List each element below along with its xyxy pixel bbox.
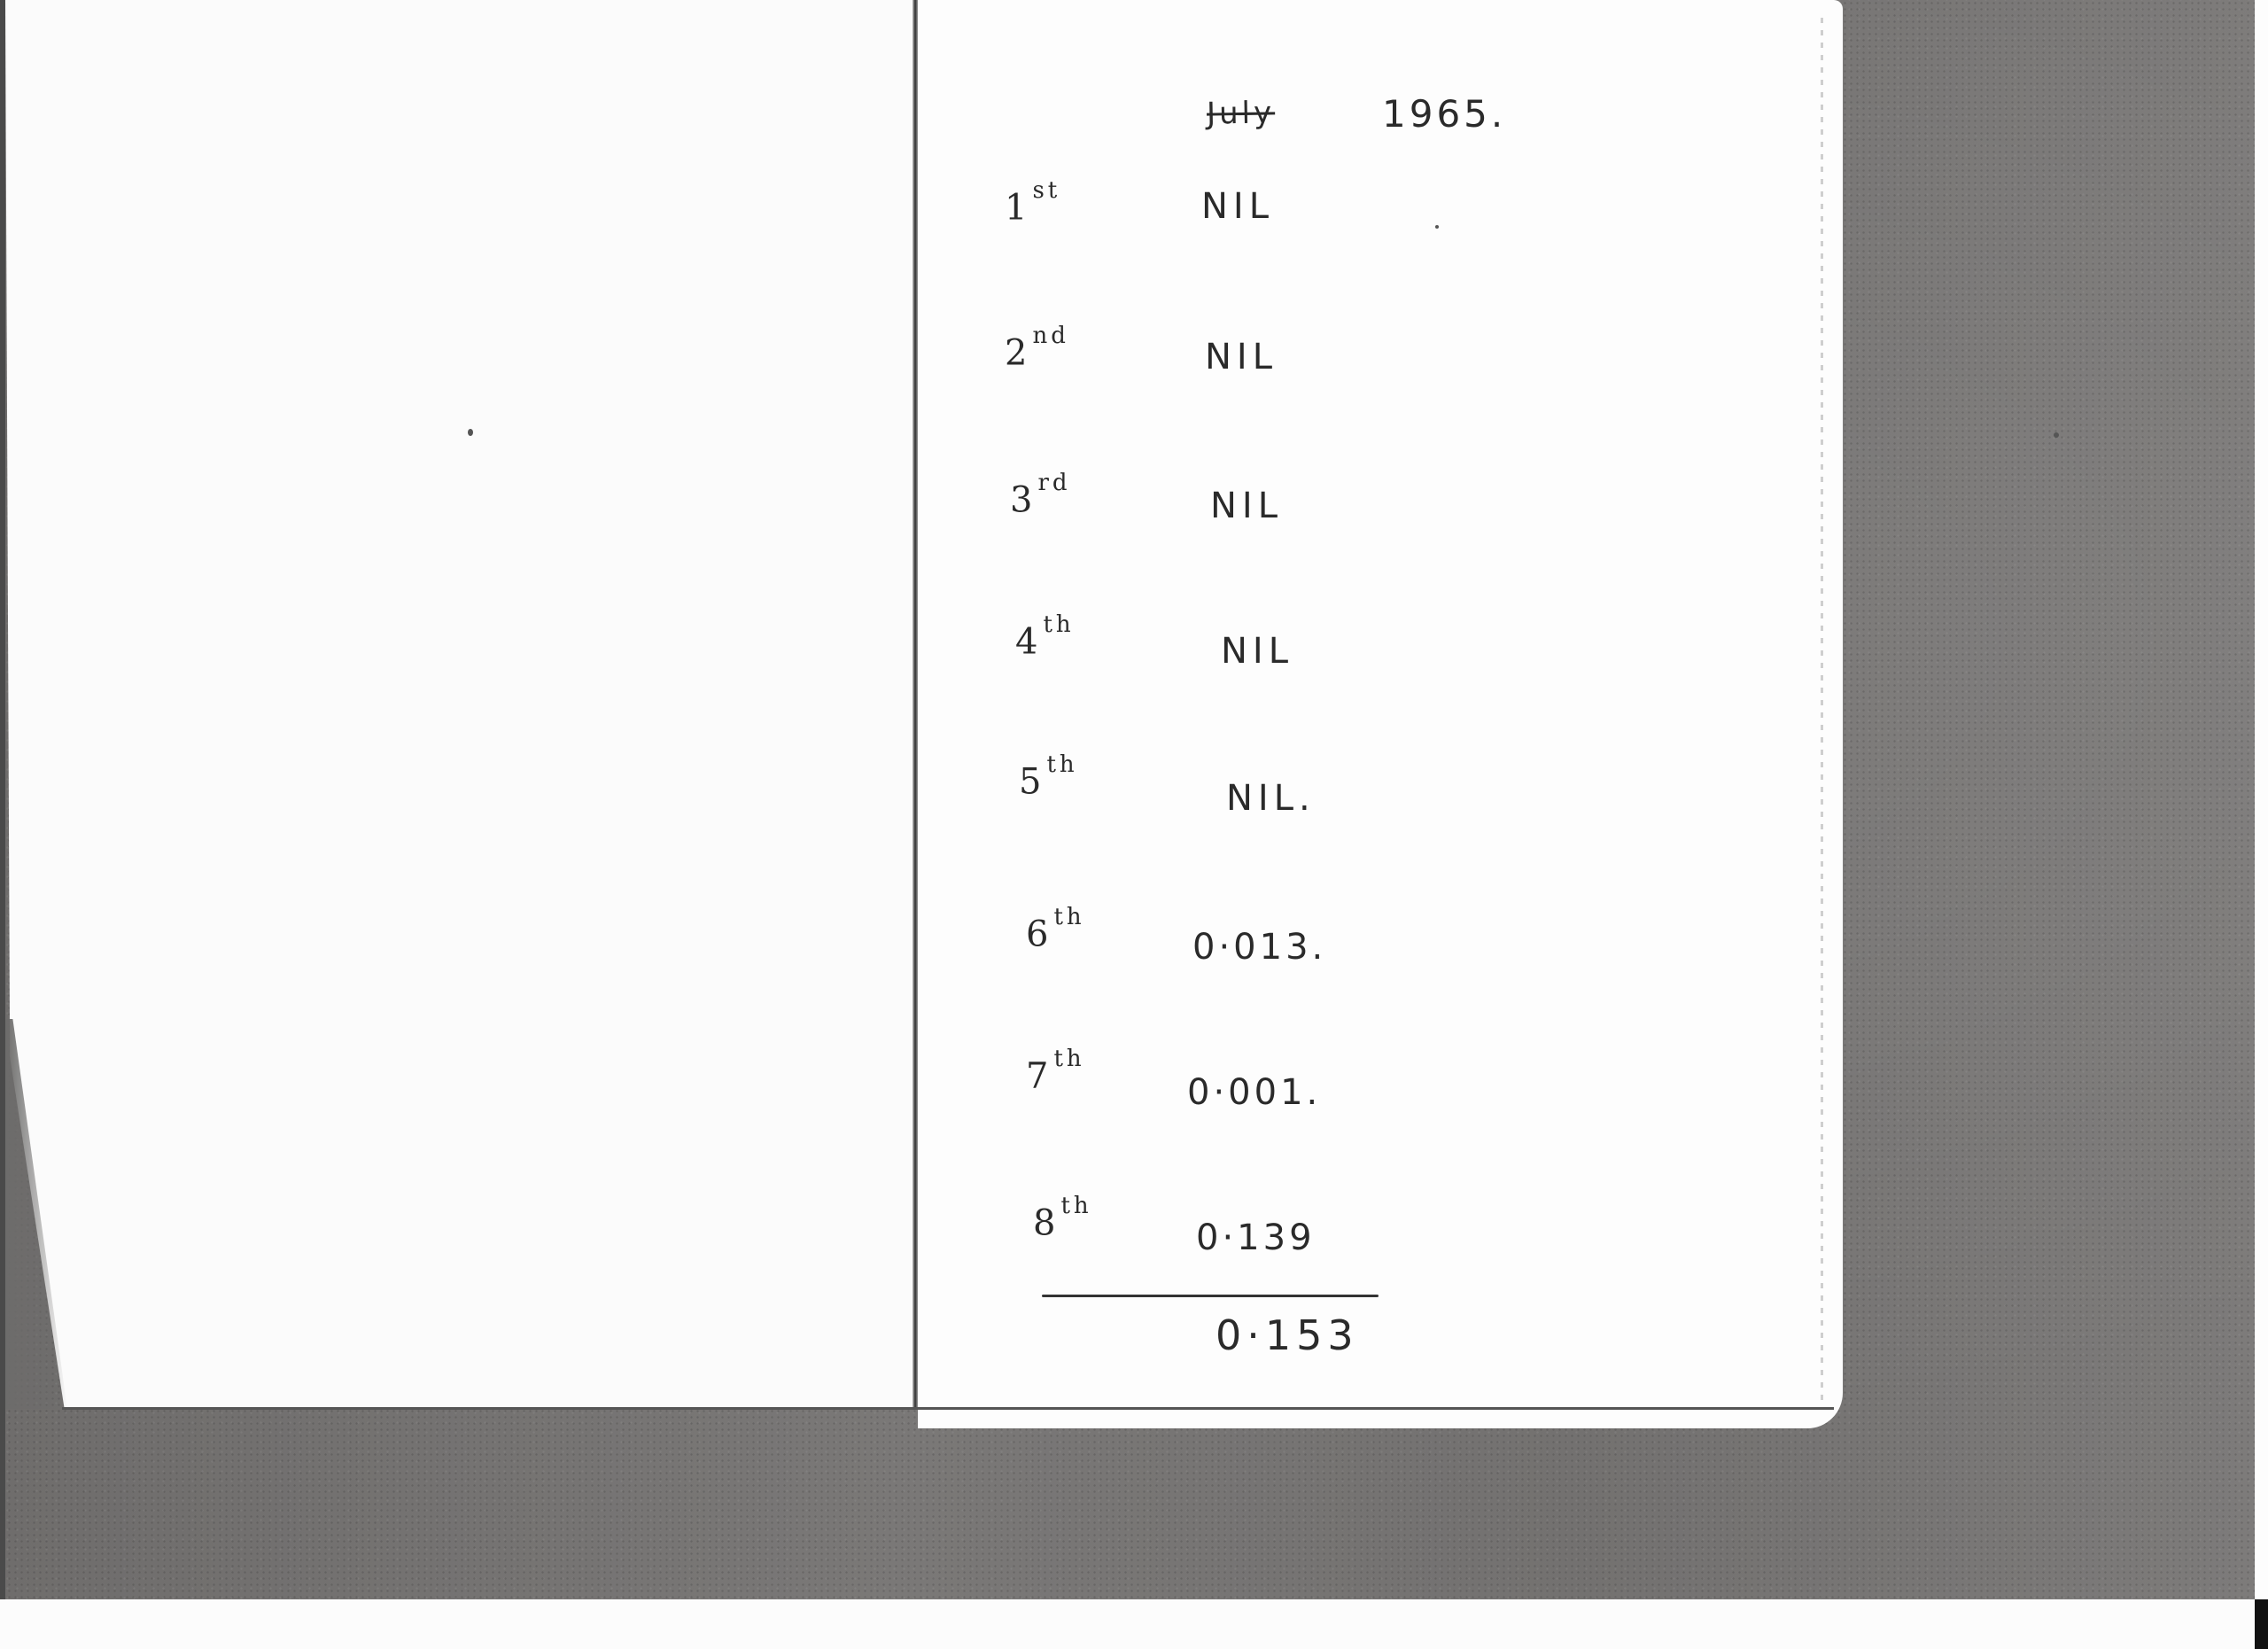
entry-value: NIL	[1221, 631, 1293, 672]
entry-value: NIL.	[1226, 778, 1316, 819]
scanned-image: July 1965. 1st NIL 2nd NIL 3rd NIL 4th N…	[0, 0, 2268, 1649]
entry-value: 0·001.	[1187, 1072, 1321, 1113]
entry-value: NIL	[1210, 486, 1283, 526]
paper-speck	[468, 429, 473, 436]
entry-value: 0·013.	[1192, 927, 1326, 968]
right-page-edge	[1821, 18, 1823, 1400]
page-bottom-edge	[62, 1407, 1834, 1410]
entry-day: 6th	[1026, 913, 1085, 954]
entry-value: NIL	[1201, 186, 1274, 227]
entry-day: 4th	[1015, 620, 1075, 662]
left-page-blank	[5, 0, 914, 1409]
entry-value: NIL	[1205, 337, 1278, 377]
entry-day: 3rd	[1010, 478, 1071, 520]
header-year: 1965.	[1382, 92, 1506, 136]
paper-speck	[2054, 432, 2059, 438]
paper-speck	[1435, 225, 1439, 229]
corner-edge-mark	[2255, 1599, 2268, 1649]
entry-day: 7th	[1026, 1054, 1085, 1096]
left-scan-border	[0, 0, 5, 1599]
entry-day: 2nd	[1005, 331, 1069, 373]
total-underline	[1042, 1295, 1379, 1297]
entry-day: 5th	[1019, 760, 1078, 802]
entry-day: 8th	[1033, 1202, 1092, 1243]
entry-value: 0·139	[1196, 1217, 1316, 1258]
bottom-white-strip	[0, 1599, 2255, 1649]
notebook-spine	[913, 0, 918, 1409]
header-month: July	[1207, 95, 1276, 131]
total-value: 0·153	[1216, 1311, 1359, 1359]
entry-day: 1st	[1005, 186, 1060, 228]
